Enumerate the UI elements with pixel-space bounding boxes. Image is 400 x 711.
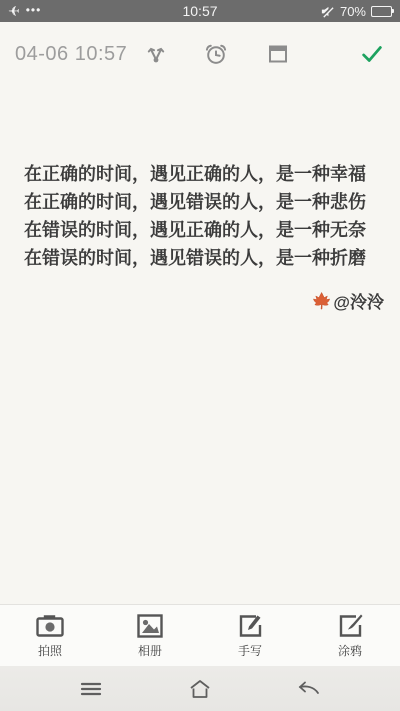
note-line[interactable]: 在正确的时间，遇见正确的人，是一种幸福: [24, 160, 385, 188]
note-signature-row[interactable]: @泠泠: [24, 288, 385, 313]
maple-leaf-emoji: [312, 291, 331, 310]
note-line[interactable]: 在错误的时间，遇见正确的人，是一种无奈: [24, 216, 385, 244]
attach-label: 相册: [138, 642, 162, 659]
battery-icon: [371, 6, 392, 17]
note-toolbar: 04-06 10:57: [0, 22, 400, 86]
album-button[interactable]: 相册: [100, 613, 200, 659]
menu-icon[interactable]: [76, 674, 106, 704]
attach-label: 手写: [238, 642, 262, 659]
note-datetime: 04-06 10:57: [15, 43, 127, 66]
notification-ellipsis-icon: •••: [26, 4, 42, 19]
doodle-button[interactable]: 涂鸦: [300, 613, 400, 659]
doodle-brush-icon: [336, 613, 364, 639]
back-icon[interactable]: [294, 674, 324, 704]
status-time: 10:57: [182, 3, 217, 19]
album-icon: [136, 613, 164, 639]
handwriting-pen-icon: [236, 613, 264, 639]
note-signature[interactable]: @泠泠: [333, 288, 384, 313]
save-check-icon[interactable]: [359, 41, 385, 67]
airplane-mode-icon: ✈: [8, 4, 20, 18]
android-nav-bar: [0, 666, 400, 711]
attachment-toolbar: 拍照 相册 手写: [0, 604, 400, 666]
handwriting-button[interactable]: 手写: [200, 613, 300, 659]
attach-label: 涂鸦: [338, 642, 362, 659]
note-editor-area[interactable]: 在正确的时间，遇见正确的人，是一种幸福 在正确的时间，遇见错误的人，是一种悲伤 …: [0, 86, 400, 604]
attach-label: 拍照: [38, 642, 62, 659]
memo-app-screen: ✈ ••• 10:57 70% 04-06 10:57: [0, 0, 400, 711]
status-bar-left: ✈ •••: [8, 4, 41, 19]
mute-icon: [320, 4, 335, 19]
home-icon[interactable]: [185, 674, 215, 704]
note-line[interactable]: 在正确的时间，遇见错误的人，是一种悲伤: [24, 188, 385, 216]
status-bar-right: 70%: [320, 4, 392, 19]
battery-percent: 70%: [340, 4, 366, 19]
take-photo-button[interactable]: 拍照: [0, 613, 100, 659]
share-icon[interactable]: [143, 41, 169, 67]
status-bar: ✈ ••• 10:57 70%: [0, 0, 400, 22]
canvas-frame-icon[interactable]: [265, 41, 291, 67]
note-line[interactable]: 在错误的时间，遇见错误的人，是一种折磨: [24, 244, 385, 272]
reminder-alarm-icon[interactable]: [203, 41, 229, 67]
camera-icon: [35, 613, 65, 639]
